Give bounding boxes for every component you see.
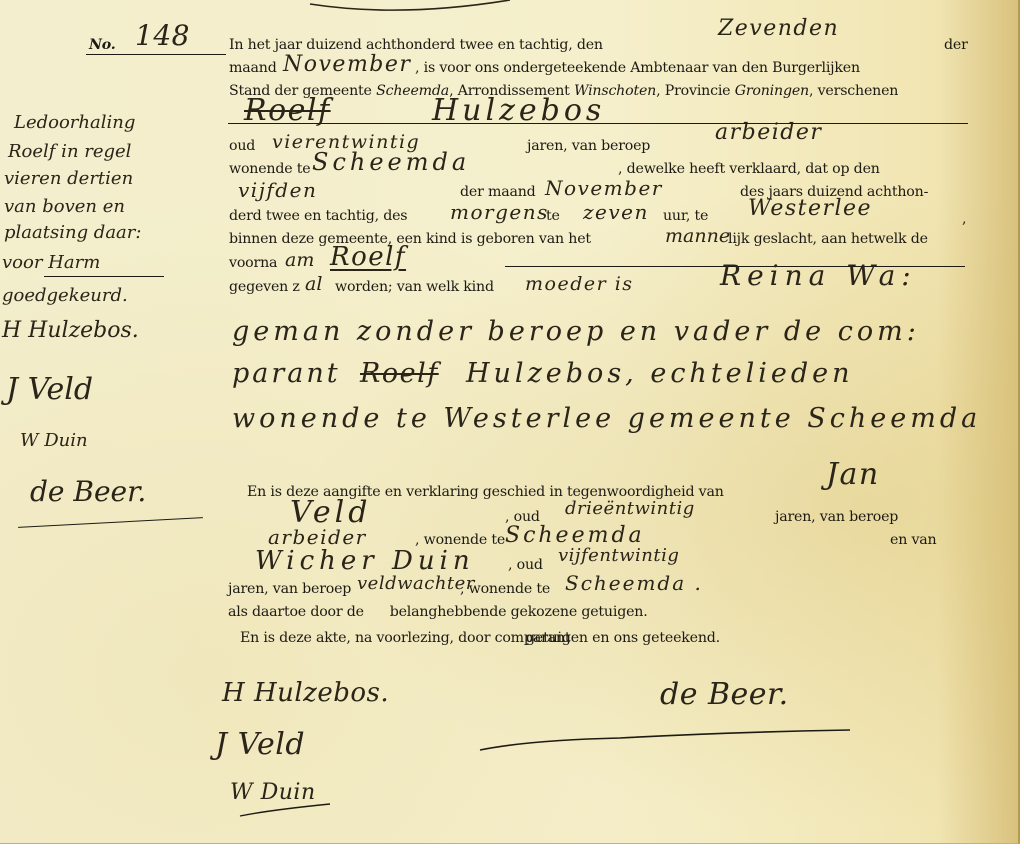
witness-text-line5b: , wonende te: [460, 582, 550, 596]
witness2-age: vijfentwintig: [558, 547, 679, 565]
text-line9b: lijk geslacht, aan hetwelk de: [728, 232, 928, 246]
text-line8b: te: [546, 209, 560, 223]
witness-text-line3b: en van: [890, 533, 936, 547]
record-number-value: 148: [135, 22, 190, 50]
text-line5b: jaren, van beroep: [527, 139, 650, 153]
child-sex: manne: [665, 227, 730, 246]
margin-note-line: Roelf in regel: [8, 141, 131, 162]
text-line1b: der: [944, 38, 968, 52]
provincie-name: Groningen: [735, 83, 809, 99]
witness2-occupation: veldwachter: [357, 575, 475, 593]
witness1-residence: Scheemda: [505, 525, 645, 547]
witness-text-line7a: En is deze akte, na voorlezing, door com…: [240, 631, 570, 645]
birth-registration-day: Zevenden: [718, 18, 839, 40]
witness1-occupation: arbeider: [268, 527, 367, 547]
number-rule: [86, 54, 226, 55]
mother-label: moeder is: [525, 275, 634, 294]
birth-time-of-day: morgens: [450, 202, 549, 222]
hand-line14: wonende te Westerlee gemeente Scheemda: [232, 405, 981, 432]
margin-note-line: plaatsing daar:: [4, 222, 141, 243]
birth-place: Westerlee: [748, 198, 872, 220]
child-first-name: Roelf: [330, 244, 406, 270]
comparant-occupation: arbeider: [715, 122, 822, 144]
text-line11a: gegeven z: [229, 280, 300, 294]
witness-text-line4a: , oud: [508, 558, 543, 572]
margin-note-line: Ledoorhaling: [14, 112, 135, 133]
record-number-label: No.: [89, 38, 116, 52]
text-line1a: In het jaar duizend achthonderd twee en …: [229, 38, 603, 52]
text-line3d: , verschenen: [809, 83, 898, 99]
birth-hour: zeven: [583, 202, 649, 222]
comparant-residence: Scheemda: [312, 150, 470, 174]
signature-bottom-debeer: de Beer.: [660, 680, 789, 710]
hand-line12: geman zonder beroep en vader de com:: [232, 318, 920, 345]
text-line3c: , Provincie: [656, 83, 730, 99]
text-line11-hand: al: [305, 275, 322, 294]
witness1-first-name: Jan: [826, 460, 880, 490]
birth-month: November: [545, 178, 663, 198]
comparant-surname: Hulzebos: [432, 96, 605, 126]
margin-signature-veld: J Veld: [6, 372, 93, 407]
duin-flourish: [230, 800, 350, 820]
margin-signature-duin: W Duin: [20, 430, 88, 451]
text-line7a: der maand: [460, 185, 536, 199]
comparant-rule: [228, 123, 968, 124]
hand-line13a: parant: [232, 360, 341, 387]
witness-text-line7b: getuigen en ons geteekend.: [526, 631, 720, 645]
text-line9a: binnen deze gemeente, een kind is gebore…: [229, 232, 591, 246]
text-line2a: maand: [229, 61, 277, 75]
margin-signature-debeer: de Beer.: [30, 475, 146, 508]
margin-note-line: vieren dertien: [4, 168, 133, 189]
text-line5a: oud: [229, 139, 255, 153]
hand-line13-struck: Roelf: [360, 360, 439, 387]
hand-line13b: Hulzebos, echtelieden: [466, 360, 854, 387]
text-line10a: voorna: [229, 256, 277, 270]
margin-note-line: van boven en: [4, 196, 125, 217]
witness2-name: Wicher Duin: [255, 548, 475, 574]
text-line11b: worden; van welk kind: [335, 280, 494, 294]
witness-text-line6: als daartoe door de belanghebbende gekoz…: [228, 605, 648, 619]
margin-note-line: voor Harm: [2, 252, 100, 273]
text-line10-hand: am: [285, 251, 314, 270]
text-line6b: , dewelke heeft verklaard, dat op den: [618, 162, 880, 176]
birth-day: vijfden: [238, 180, 317, 200]
registration-month: November: [283, 54, 411, 76]
text-line8d: ,: [962, 212, 966, 226]
witness-text-line5a: jaren, van beroep: [228, 582, 351, 596]
comparant-struck-name: Roelf: [244, 96, 331, 126]
text-line8a: derd twee en tachtig, des: [229, 209, 407, 223]
witness1-age: drieëntwintig: [565, 500, 695, 518]
text-line2b: , is voor ons ondergeteekende Ambtenaar …: [415, 61, 860, 75]
witness-text-line2b: jaren, van beroep: [775, 510, 898, 524]
birth-certificate-page: No. 148 In het jaar duizend achthonderd …: [0, 0, 1020, 844]
flourish-decoration: [280, 0, 520, 26]
text-line8c: uur, te: [663, 209, 708, 223]
signature-bottom-veld: J Veld: [215, 730, 305, 760]
witness1-last-name: Veld: [290, 498, 371, 528]
margin-signature-hulzebos: H Hulzebos.: [2, 318, 139, 343]
witness2-residence: Scheemda .: [565, 573, 703, 593]
margin-debeer-rule: [18, 517, 203, 528]
text-line6a: wonende te: [229, 162, 310, 176]
mother-name: Reina Wa:: [720, 262, 917, 290]
margin-note-line: goedgekeurd.: [2, 285, 128, 306]
debeer-flourish: [470, 720, 860, 760]
margin-harm-underline: [44, 276, 164, 277]
signature-bottom-hulzebos: H Hulzebos.: [222, 680, 389, 706]
